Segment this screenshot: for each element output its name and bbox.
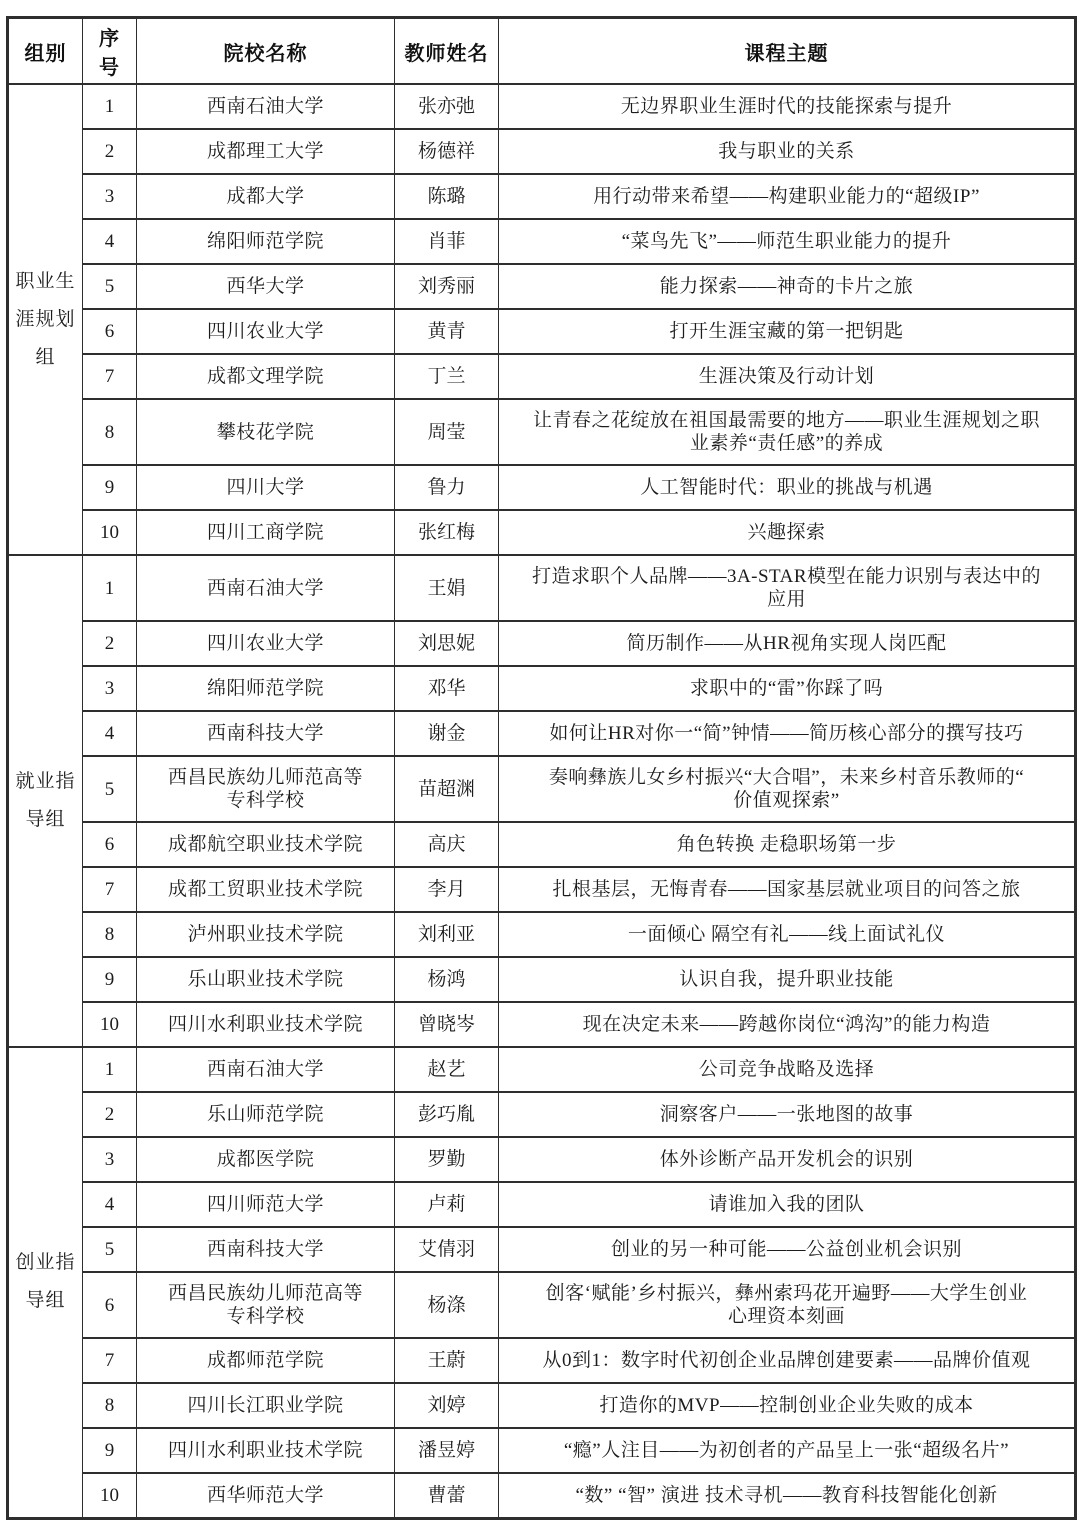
course-topic-cell: 打造你的MVP——控制创业企业失败的成本 <box>499 1383 1076 1428</box>
header-row: 组别 序号 院校名称 教师姓名 课程主题 <box>8 18 1076 85</box>
row-number-cell: 5 <box>83 264 137 309</box>
table-row: 5西华大学刘秀丽能力探索——神奇的卡片之旅 <box>8 264 1076 309</box>
course-topic-cell: 现在决定未来——跨越你岗位“鸿沟”的能力构造 <box>499 1002 1076 1047</box>
school-name-cell: 成都理工大学 <box>137 129 395 174</box>
table-row: 3成都医学院罗勤体外诊断产品开发机会的识别 <box>8 1137 1076 1182</box>
table-header: 组别 序号 院校名称 教师姓名 课程主题 <box>8 18 1076 85</box>
table-row: 6成都航空职业技术学院高庆角色转换 走稳职场第一步 <box>8 822 1076 867</box>
course-topic-cell: 如何让HR对你一“简”钟情——简历核心部分的撰写技巧 <box>499 711 1076 756</box>
course-topic-cell: 让青春之花绽放在祖国最需要的地方——职业生涯规划之职 业素养“责任感”的养成 <box>499 399 1076 465</box>
school-name-cell: 乐山师范学院 <box>137 1092 395 1137</box>
course-schedule-table: 组别 序号 院校名称 教师姓名 课程主题 职业生 涯规划 组1西南石油大学张亦弛… <box>6 16 1077 1520</box>
course-topic-cell: “数” “智” 演进 技术寻机——教育科技智能化创新 <box>499 1473 1076 1518</box>
teacher-name-cell: 邓华 <box>395 666 499 711</box>
course-topic-cell: 认识自我，提升职业技能 <box>499 957 1076 1002</box>
row-number-cell: 1 <box>83 1047 137 1092</box>
row-number-cell: 10 <box>83 510 137 555</box>
school-name-cell: 泸州职业技术学院 <box>137 912 395 957</box>
table-row: 10四川水利职业技术学院曾晓岑现在决定未来——跨越你岗位“鸿沟”的能力构造 <box>8 1002 1076 1047</box>
table-row: 7成都工贸职业技术学院李月扎根基层，无悔青春——国家基层就业项目的问答之旅 <box>8 867 1076 912</box>
table-row: 就业指 导组1西南石油大学王娟打造求职个人品牌——3A-STAR模型在能力识别与… <box>8 555 1076 621</box>
teacher-name-cell: 周莹 <box>395 399 499 465</box>
school-name-cell: 绵阳师范学院 <box>137 219 395 264</box>
teacher-name-cell: 鲁力 <box>395 465 499 510</box>
table-row: 6西昌民族幼儿师范高等 专科学校杨涤创客‘赋能’乡村振兴，彝州索玛花开遍野——大… <box>8 1272 1076 1338</box>
table-row: 8泸州职业技术学院刘利亚一面倾心 隔空有礼——线上面试礼仪 <box>8 912 1076 957</box>
teacher-name-cell: 肖菲 <box>395 219 499 264</box>
teacher-name-cell: 刘思妮 <box>395 621 499 666</box>
table-row: 9乐山职业技术学院杨鸿认识自我，提升职业技能 <box>8 957 1076 1002</box>
teacher-name-cell: 潘昱婷 <box>395 1428 499 1473</box>
row-number-cell: 8 <box>83 399 137 465</box>
row-number-cell: 1 <box>83 555 137 621</box>
teacher-name-cell: 李月 <box>395 867 499 912</box>
row-number-cell: 4 <box>83 711 137 756</box>
teacher-name-cell: 杨鸿 <box>395 957 499 1002</box>
row-number-cell: 8 <box>83 912 137 957</box>
course-topic-cell: 无边界职业生涯时代的技能探索与提升 <box>499 84 1076 129</box>
school-name-cell: 西昌民族幼儿师范高等 专科学校 <box>137 1272 395 1338</box>
row-number-cell: 7 <box>83 354 137 399</box>
row-number-cell: 2 <box>83 1092 137 1137</box>
school-name-cell: 西南石油大学 <box>137 84 395 129</box>
school-name-cell: 西南石油大学 <box>137 555 395 621</box>
course-topic-cell: 打造求职个人品牌——3A-STAR模型在能力识别与表达中的 应用 <box>499 555 1076 621</box>
table-row: 5西南科技大学艾倩羽创业的另一种可能——公益创业机会识别 <box>8 1227 1076 1272</box>
teacher-name-cell: 黄青 <box>395 309 499 354</box>
group-label: 创业指 导组 <box>8 1047 83 1518</box>
row-number-cell: 10 <box>83 1002 137 1047</box>
row-number-cell: 8 <box>83 1383 137 1428</box>
table-row: 4绵阳师范学院肖菲“菜鸟先飞”——师范生职业能力的提升 <box>8 219 1076 264</box>
group-label: 就业指 导组 <box>8 555 83 1047</box>
course-topic-cell: 扎根基层，无悔青春——国家基层就业项目的问答之旅 <box>499 867 1076 912</box>
school-name-cell: 绵阳师范学院 <box>137 666 395 711</box>
teacher-name-cell: 赵艺 <box>395 1047 499 1092</box>
school-name-cell: 成都医学院 <box>137 1137 395 1182</box>
course-topic-cell: 洞察客户——一张地图的故事 <box>499 1092 1076 1137</box>
school-name-cell: 四川长江职业学院 <box>137 1383 395 1428</box>
course-topic-cell: “瘾”人注目——为初创者的产品呈上一张“超级名片” <box>499 1428 1076 1473</box>
school-name-cell: 乐山职业技术学院 <box>137 957 395 1002</box>
table-row: 5西昌民族幼儿师范高等 专科学校苗超渊奏响彝族儿女乡村振兴“大合唱”，未来乡村音… <box>8 756 1076 822</box>
row-number-cell: 9 <box>83 957 137 1002</box>
table-row: 3成都大学陈璐用行动带来希望——构建职业能力的“超级IP” <box>8 174 1076 219</box>
school-name-cell: 成都师范学院 <box>137 1338 395 1383</box>
table-row: 3绵阳师范学院邓华求职中的“雷”你踩了吗 <box>8 666 1076 711</box>
course-topic-cell: 从0到1：数字时代初创企业品牌创建要素——品牌价值观 <box>499 1338 1076 1383</box>
table-row: 9四川水利职业技术学院潘昱婷“瘾”人注目——为初创者的产品呈上一张“超级名片” <box>8 1428 1076 1473</box>
row-number-cell: 5 <box>83 1227 137 1272</box>
row-number-cell: 5 <box>83 756 137 822</box>
course-topic-cell: 请谁加入我的团队 <box>499 1182 1076 1227</box>
table-row: 2四川农业大学刘思妮简历制作——从HR视角实现人岗匹配 <box>8 621 1076 666</box>
school-name-cell: 成都文理学院 <box>137 354 395 399</box>
table-row: 4四川师范大学卢莉请谁加入我的团队 <box>8 1182 1076 1227</box>
course-topic-cell: 求职中的“雷”你踩了吗 <box>499 666 1076 711</box>
row-number-cell: 3 <box>83 174 137 219</box>
teacher-name-cell: 艾倩羽 <box>395 1227 499 1272</box>
school-name-cell: 成都航空职业技术学院 <box>137 822 395 867</box>
column-header-number: 序号 <box>83 18 137 85</box>
school-name-cell: 四川农业大学 <box>137 621 395 666</box>
document-page: 组别 序号 院校名称 教师姓名 课程主题 职业生 涯规划 组1西南石油大学张亦弛… <box>0 0 1080 1524</box>
row-number-cell: 3 <box>83 1137 137 1182</box>
teacher-name-cell: 刘秀丽 <box>395 264 499 309</box>
table-row: 2乐山师范学院彭巧胤洞察客户——一张地图的故事 <box>8 1092 1076 1137</box>
row-number-cell: 1 <box>83 84 137 129</box>
school-name-cell: 西昌民族幼儿师范高等 专科学校 <box>137 756 395 822</box>
table-row: 10西华师范大学曹蕾“数” “智” 演进 技术寻机——教育科技智能化创新 <box>8 1473 1076 1518</box>
row-number-cell: 10 <box>83 1473 137 1518</box>
teacher-name-cell: 张红梅 <box>395 510 499 555</box>
table-row: 7成都文理学院丁兰生涯决策及行动计划 <box>8 354 1076 399</box>
school-name-cell: 成都工贸职业技术学院 <box>137 867 395 912</box>
table-row: 6四川农业大学黄青打开生涯宝藏的第一把钥匙 <box>8 309 1076 354</box>
school-name-cell: 西华师范大学 <box>137 1473 395 1518</box>
teacher-name-cell: 高庆 <box>395 822 499 867</box>
teacher-name-cell: 刘利亚 <box>395 912 499 957</box>
table-row: 创业指 导组1西南石油大学赵艺公司竞争战略及选择 <box>8 1047 1076 1092</box>
course-topic-cell: 创客‘赋能’乡村振兴，彝州索玛花开遍野——大学生创业 心理资本刻画 <box>499 1272 1076 1338</box>
table-row: 职业生 涯规划 组1西南石油大学张亦弛无边界职业生涯时代的技能探索与提升 <box>8 84 1076 129</box>
teacher-name-cell: 曹蕾 <box>395 1473 499 1518</box>
school-name-cell: 四川工商学院 <box>137 510 395 555</box>
school-name-cell: 四川大学 <box>137 465 395 510</box>
school-name-cell: 四川农业大学 <box>137 309 395 354</box>
teacher-name-cell: 陈璐 <box>395 174 499 219</box>
course-topic-cell: 人工智能时代：职业的挑战与机遇 <box>499 465 1076 510</box>
table-row: 2成都理工大学杨德祥我与职业的关系 <box>8 129 1076 174</box>
table-row: 8四川长江职业学院刘婷打造你的MVP——控制创业企业失败的成本 <box>8 1383 1076 1428</box>
teacher-name-cell: 谢金 <box>395 711 499 756</box>
teacher-name-cell: 王蔚 <box>395 1338 499 1383</box>
row-number-cell: 3 <box>83 666 137 711</box>
course-topic-cell: 奏响彝族儿女乡村振兴“大合唱”，未来乡村音乐教师的“ 价值观探索” <box>499 756 1076 822</box>
school-name-cell: 成都大学 <box>137 174 395 219</box>
table-row: 8攀枝花学院周莹让青春之花绽放在祖国最需要的地方——职业生涯规划之职 业素养“责… <box>8 399 1076 465</box>
course-topic-cell: 能力探索——神奇的卡片之旅 <box>499 264 1076 309</box>
teacher-name-cell: 罗勤 <box>395 1137 499 1182</box>
course-topic-cell: 体外诊断产品开发机会的识别 <box>499 1137 1076 1182</box>
school-name-cell: 西华大学 <box>137 264 395 309</box>
course-topic-cell: 兴趣探索 <box>499 510 1076 555</box>
course-topic-cell: 一面倾心 隔空有礼——线上面试礼仪 <box>499 912 1076 957</box>
row-number-cell: 6 <box>83 1272 137 1338</box>
teacher-name-cell: 杨涤 <box>395 1272 499 1338</box>
teacher-name-cell: 张亦弛 <box>395 84 499 129</box>
school-name-cell: 西南石油大学 <box>137 1047 395 1092</box>
table-row: 9四川大学鲁力人工智能时代：职业的挑战与机遇 <box>8 465 1076 510</box>
course-topic-cell: 角色转换 走稳职场第一步 <box>499 822 1076 867</box>
row-number-cell: 4 <box>83 1182 137 1227</box>
table-row: 10四川工商学院张红梅兴趣探索 <box>8 510 1076 555</box>
teacher-name-cell: 苗超渊 <box>395 756 499 822</box>
teacher-name-cell: 王娟 <box>395 555 499 621</box>
course-topic-cell: 用行动带来希望——构建职业能力的“超级IP” <box>499 174 1076 219</box>
row-number-cell: 4 <box>83 219 137 264</box>
column-header-group: 组别 <box>8 18 83 85</box>
row-number-cell: 2 <box>83 129 137 174</box>
row-number-cell: 7 <box>83 867 137 912</box>
teacher-name-cell: 曾晓岑 <box>395 1002 499 1047</box>
school-name-cell: 四川师范大学 <box>137 1182 395 1227</box>
table-body: 职业生 涯规划 组1西南石油大学张亦弛无边界职业生涯时代的技能探索与提升2成都理… <box>8 84 1076 1518</box>
column-header-school: 院校名称 <box>137 18 395 85</box>
teacher-name-cell: 彭巧胤 <box>395 1092 499 1137</box>
row-number-cell: 6 <box>83 309 137 354</box>
row-number-cell: 6 <box>83 822 137 867</box>
row-number-cell: 9 <box>83 1428 137 1473</box>
column-header-topic: 课程主题 <box>499 18 1076 85</box>
teacher-name-cell: 刘婷 <box>395 1383 499 1428</box>
row-number-cell: 7 <box>83 1338 137 1383</box>
teacher-name-cell: 丁兰 <box>395 354 499 399</box>
table-row: 4西南科技大学谢金如何让HR对你一“简”钟情——简历核心部分的撰写技巧 <box>8 711 1076 756</box>
course-topic-cell: 生涯决策及行动计划 <box>499 354 1076 399</box>
course-topic-cell: 创业的另一种可能——公益创业机会识别 <box>499 1227 1076 1272</box>
course-topic-cell: “菜鸟先飞”——师范生职业能力的提升 <box>499 219 1076 264</box>
school-name-cell: 攀枝花学院 <box>137 399 395 465</box>
school-name-cell: 西南科技大学 <box>137 711 395 756</box>
course-topic-cell: 公司竞争战略及选择 <box>499 1047 1076 1092</box>
row-number-cell: 2 <box>83 621 137 666</box>
group-label: 职业生 涯规划 组 <box>8 84 83 555</box>
course-topic-cell: 简历制作——从HR视角实现人岗匹配 <box>499 621 1076 666</box>
table-row: 7成都师范学院王蔚从0到1：数字时代初创企业品牌创建要素——品牌价值观 <box>8 1338 1076 1383</box>
column-header-teacher: 教师姓名 <box>395 18 499 85</box>
course-topic-cell: 打开生涯宝藏的第一把钥匙 <box>499 309 1076 354</box>
teacher-name-cell: 杨德祥 <box>395 129 499 174</box>
course-topic-cell: 我与职业的关系 <box>499 129 1076 174</box>
row-number-cell: 9 <box>83 465 137 510</box>
school-name-cell: 西南科技大学 <box>137 1227 395 1272</box>
teacher-name-cell: 卢莉 <box>395 1182 499 1227</box>
school-name-cell: 四川水利职业技术学院 <box>137 1002 395 1047</box>
school-name-cell: 四川水利职业技术学院 <box>137 1428 395 1473</box>
